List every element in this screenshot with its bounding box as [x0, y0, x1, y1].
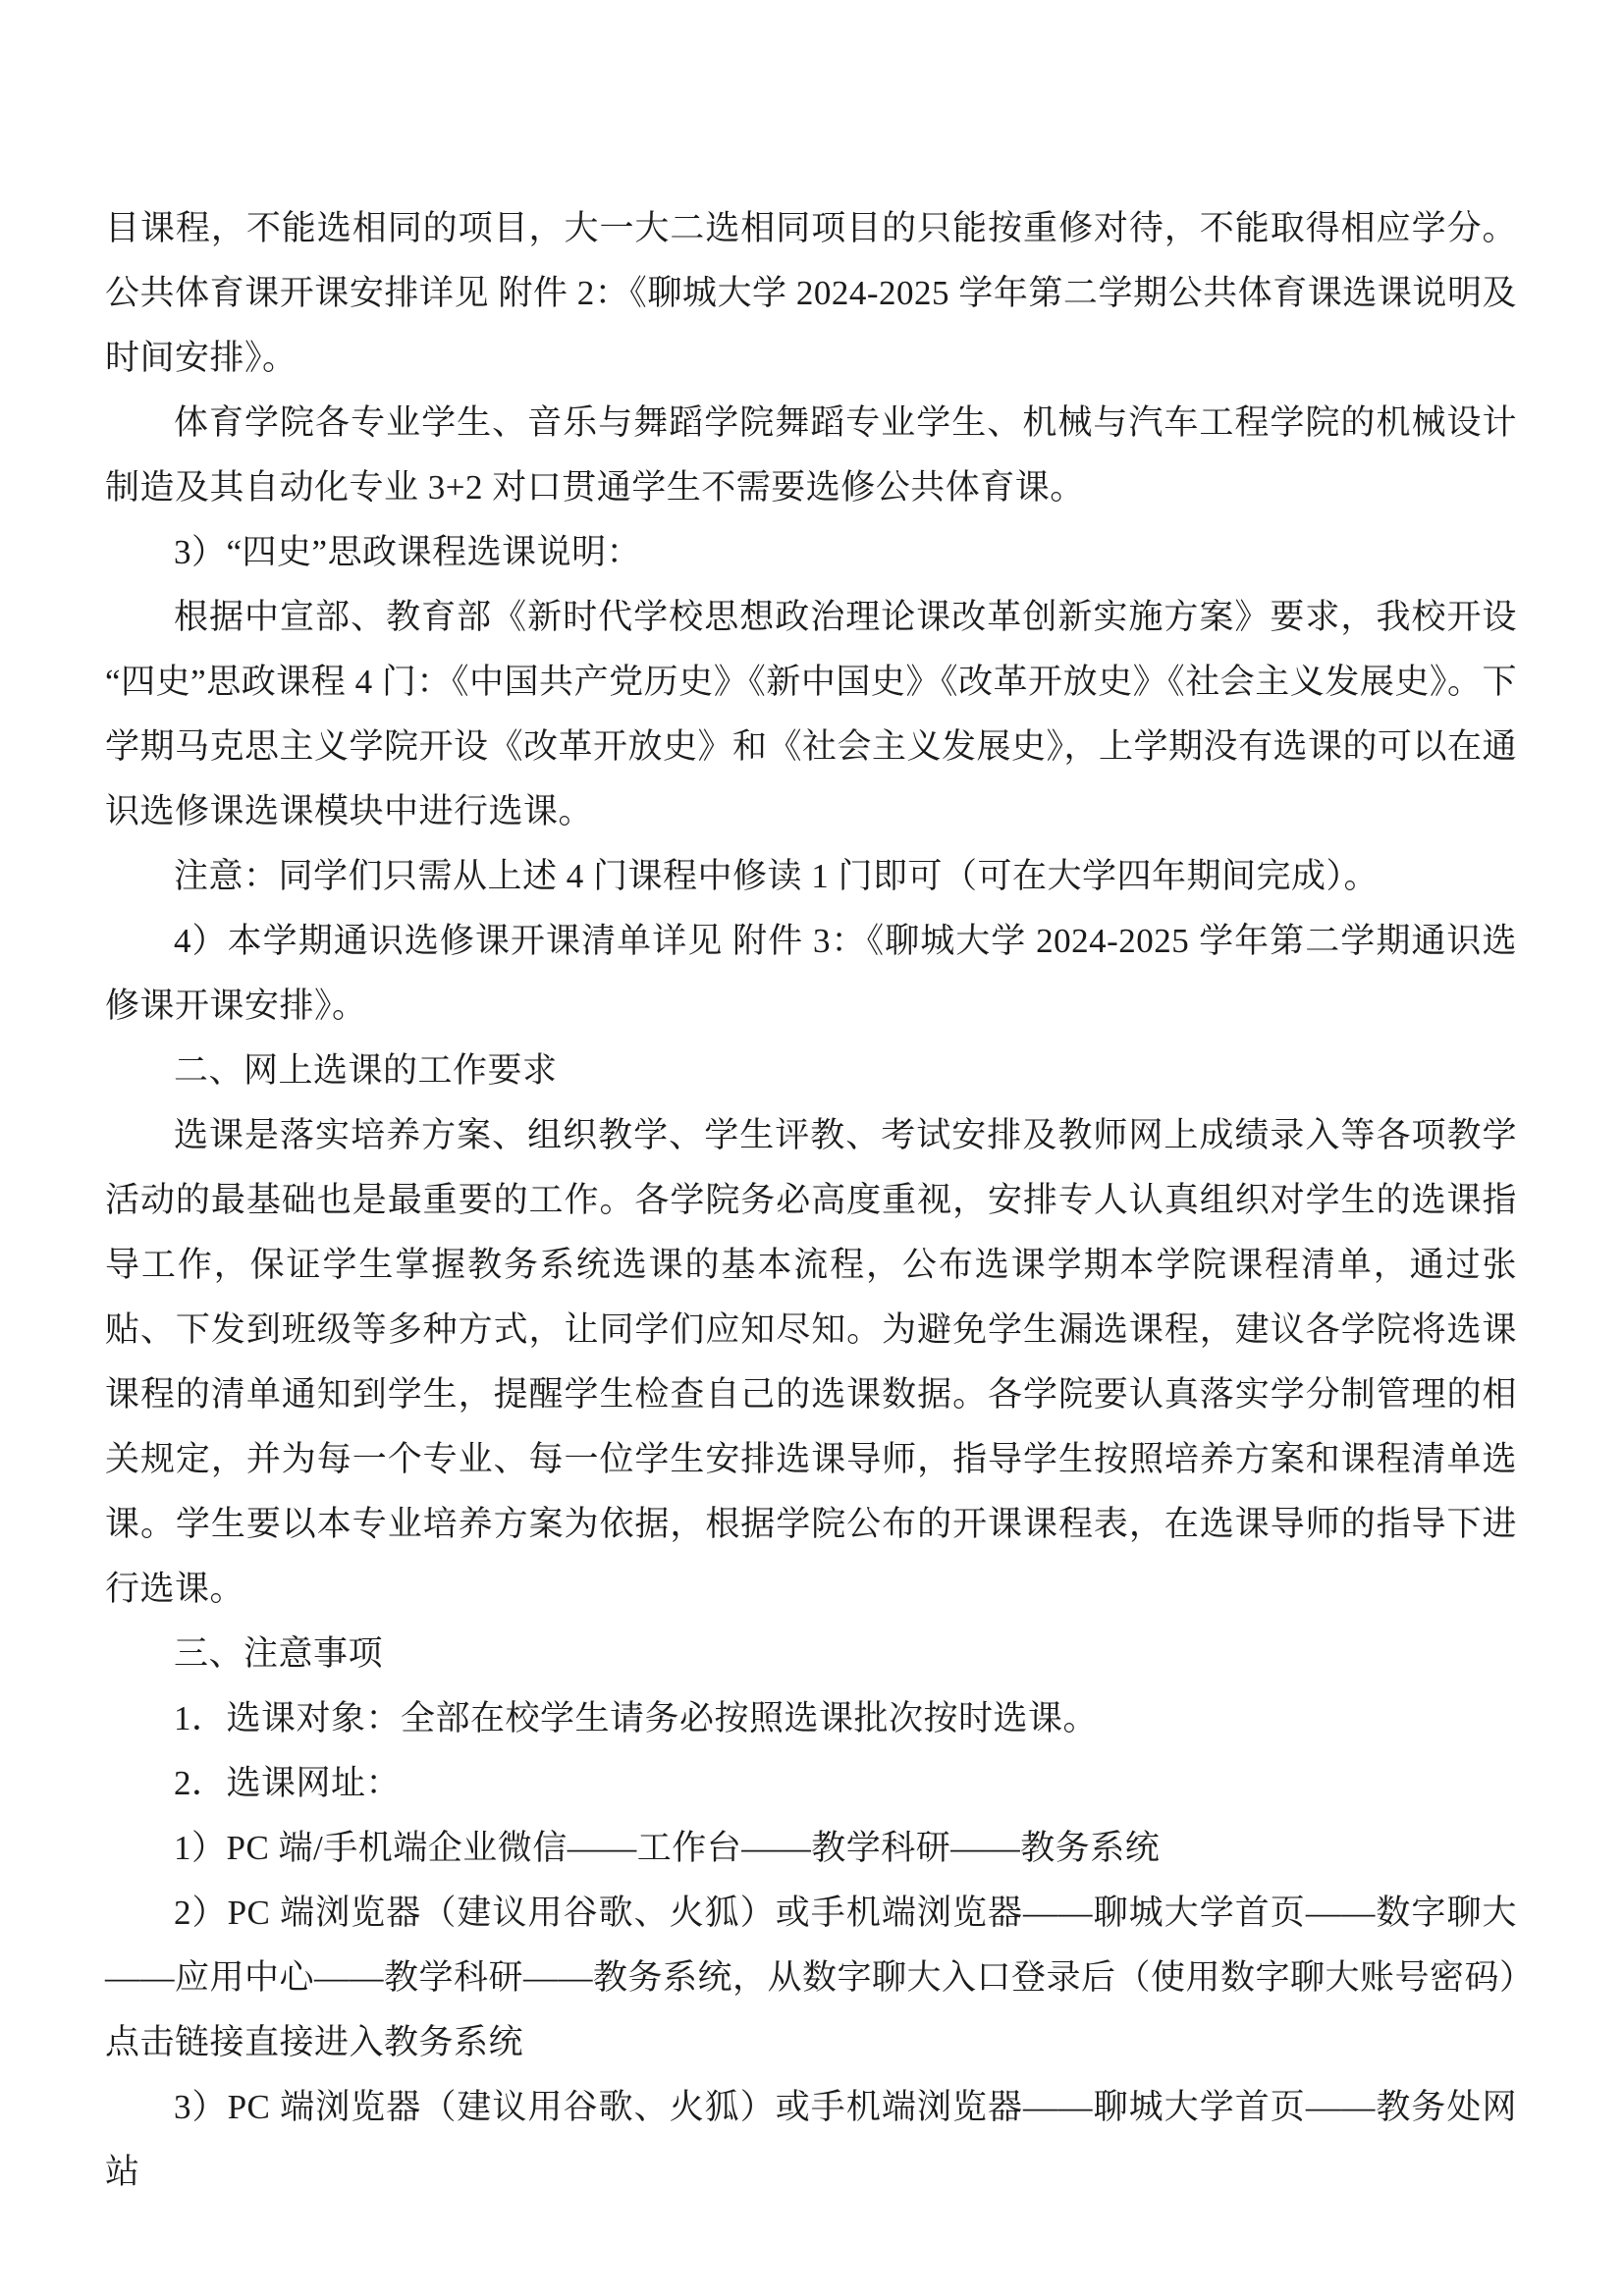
section-heading: 二、网上选课的工作要求 [105, 1039, 1517, 1103]
document-page: 目课程，不能选相同的项目，大一大二选相同项目的只能按重修对待，不能取得相应学分。… [0, 0, 1624, 2296]
list-item: 3）PC 端浏览器（建议用谷歌、火狐）或手机端浏览器——聊城大学首页——教务处网… [105, 2075, 1517, 2205]
paragraph: 选课是落实培养方案、组织教学、学生评教、考试安排及教师网上成绩录入等各项教学活动… [105, 1103, 1517, 1622]
paragraph: 体育学院各专业学生、音乐与舞蹈学院舞蹈专业学生、机械与汽车工程学院的机械设计制造… [105, 391, 1517, 520]
document-text-block: 目课程，不能选相同的项目，大一大二选相同项目的只能按重修对待，不能取得相应学分。… [105, 196, 1517, 2205]
paragraph-continuation: 目课程，不能选相同的项目，大一大二选相同项目的只能按重修对待，不能取得相应学分。… [105, 196, 1517, 391]
list-item: 1．选课对象：全部在校学生请务必按照选课批次按时选课。 [105, 1686, 1517, 1751]
section-heading: 三、注意事项 [105, 1622, 1517, 1686]
list-item-heading: 3）“四史”思政课程选课说明： [105, 520, 1517, 585]
list-item: 1）PC 端/手机端企业微信——工作台——教学科研——教务系统 [105, 1816, 1517, 1881]
list-item: 2）PC 端浏览器（建议用谷歌、火狐）或手机端浏览器——聊城大学首页——数字聊大… [105, 1881, 1517, 2075]
paragraph: 根据中宣部、教育部《新时代学校思想政治理论课改革创新实施方案》要求，我校开设“四… [105, 585, 1517, 844]
paragraph: 4）本学期通识选修课开课清单详见 附件 3：《聊城大学 2024-2025 学年… [105, 909, 1517, 1039]
note-paragraph: 注意：同学们只需从上述 4 门课程中修读 1 门即可（可在大学四年期间完成）。 [105, 844, 1517, 909]
list-item: 2．选课网址： [105, 1751, 1517, 1816]
